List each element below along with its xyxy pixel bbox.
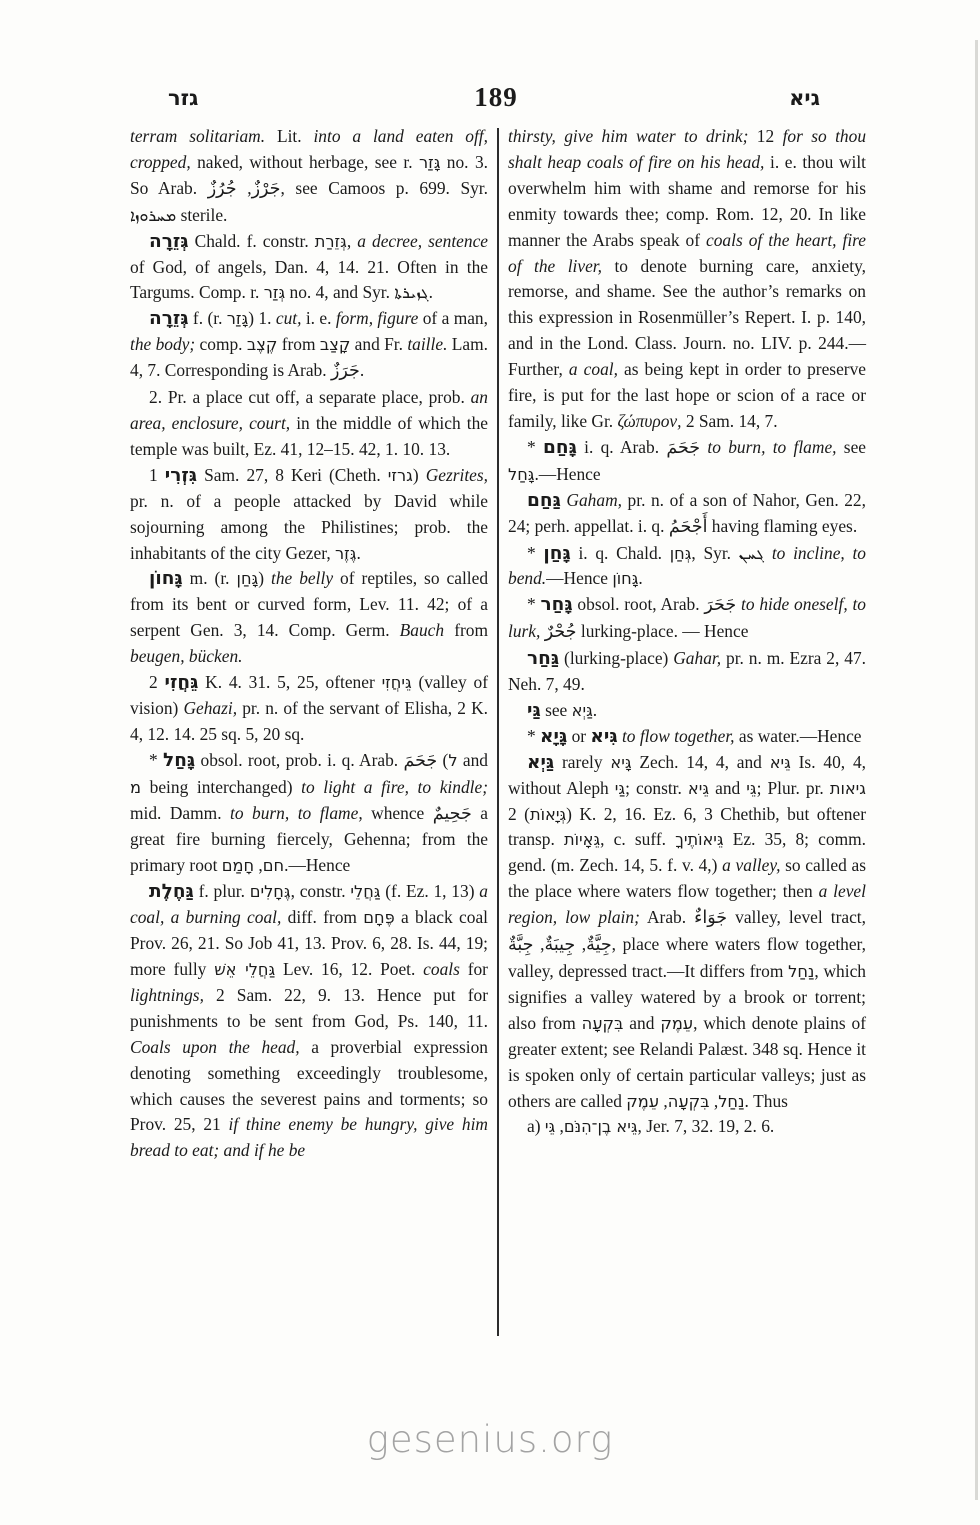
hebrew-text: גְּיָאוֹת (530, 805, 566, 824)
roman-text: .—Hence (284, 855, 350, 875)
roman-text: * (527, 594, 541, 614)
roman-text: i. q. Arab. (577, 437, 667, 457)
roman-text: of a man, (418, 308, 488, 328)
roman-text: and (709, 778, 746, 798)
roman-text: . Thus (744, 1091, 787, 1111)
dictionary-paragraph: * גָּיָא or גִּיא to flow together, as w… (508, 724, 866, 750)
italic-text: a coal, (569, 359, 618, 379)
hebrew-headword: גָּחַר (541, 594, 573, 615)
left-column: terram solitariam. Lit. into a land eate… (130, 124, 488, 1164)
arabic-text: جَحِيمٌ (433, 804, 472, 824)
dictionary-paragraph: a) גֵּיא בֶן־הִנֹּם, גֵּי, Jer. 7, 32. 1… (508, 1114, 866, 1140)
arabic-text: جَحَرَ (704, 595, 736, 615)
roman-text: f. (r. (189, 308, 227, 328)
header-keyword-right: גיא (789, 86, 820, 110)
dictionary-paragraph: thirsty, give him water to drink; 12 for… (508, 124, 866, 435)
hebrew-headword: גַּי (527, 700, 541, 721)
scanned-lexicon-page: גזר 189 גיא terram solitariam. Lit. into… (0, 0, 980, 1525)
italic-text: the belly (271, 568, 333, 588)
hebrew-headword: גָּיָא (540, 726, 567, 747)
hebrew-text: גָּזַר (227, 309, 248, 328)
roman-text: ( (437, 750, 448, 770)
roman-text: i. q. Chald. (571, 543, 670, 563)
roman-text: , constr. (291, 881, 351, 901)
roman-text: * (527, 726, 540, 746)
watermark: gesenius.org (0, 1418, 980, 1461)
italic-text: to burn, to flame, (707, 437, 836, 457)
hebrew-text: גָּזַר (419, 153, 440, 172)
italic-text: to burn, to flame, (230, 803, 363, 823)
roman-text: Arab. (640, 907, 694, 927)
italic-text: cut, (276, 308, 302, 328)
roman-text: pr. n. of a people attacked by David whi… (130, 491, 488, 563)
roman-text: 12 (748, 126, 782, 146)
roman-text: m. (r. (183, 568, 237, 588)
hebrew-headword: גָּחַל (163, 750, 195, 771)
dictionary-paragraph: * גָּחַל obsol. root, prob. i. q. Arab. … (130, 748, 488, 880)
hebrew-text: חָמַם (222, 856, 254, 875)
hebrew-text: גָּחַל (508, 465, 534, 484)
dictionary-paragraph: גֵּחֲזִי 2 K. 4. 31. 5, 25, oftener גֵּי… (130, 670, 488, 748)
arabic-text: جِيبَةٌ (544, 935, 575, 955)
roman-text: f. plur. (194, 881, 250, 901)
dictionary-paragraph: גַּחַר (lurking-place) Gahar, pr. n. m. … (508, 646, 866, 698)
roman-text: and (623, 1013, 660, 1033)
hebrew-text: גֶּחָלִים (250, 882, 291, 901)
arabic-text: جَحَمَ (666, 438, 700, 458)
arabic-text: جَحَمَ (403, 751, 437, 771)
arabic-text: جِبَّةٌ (508, 935, 533, 955)
hebrew-text: גְּזֵרַת (315, 232, 347, 251)
roman-text: , (575, 934, 586, 954)
syriac-text: ܡܚܪܘܙܐ (130, 206, 176, 225)
hebrew-text: עֵמֶק (626, 1092, 659, 1111)
hebrew-text: גֵּיא בֶן־הִנֹּם (564, 1117, 638, 1136)
roman-text: * (527, 437, 543, 457)
roman-text: 2 Sam. 14, 7. (681, 411, 777, 431)
syriac-text: ܓܙܝܪܬܐ (394, 283, 428, 302)
roman-text: , Jer. 7, 32. 19, 2. 6. (638, 1116, 775, 1136)
dictionary-paragraph: גַּיְא rarely גָּיא Zech. 14, 4, and גֵּ… (508, 750, 866, 1115)
hebrew-text: גרזי (388, 466, 413, 485)
italic-text: a decree, sentence (357, 231, 488, 251)
arabic-text: جُحْرٌ (545, 622, 577, 642)
roman-text: . (356, 543, 360, 563)
dictionary-paragraph: גָּחוֹן m. (r. גָּחַן) the belly of rept… (130, 566, 488, 670)
roman-text: , Syr. (691, 543, 738, 563)
hebrew-text: גֵּיאוֹתֶיךָ (675, 830, 723, 849)
roman-text: rarely (554, 752, 610, 772)
hebrew-text: עֵמֶק (660, 1014, 693, 1033)
italic-text: lightnings, (130, 985, 204, 1005)
italic-text: thirsty, give him water to drink; (508, 126, 748, 146)
hebrew-text: גֵּיא (770, 753, 791, 772)
roman-text: see (541, 700, 572, 720)
arabic-text: جِيَّةٌ (586, 935, 611, 955)
hebrew-text: קָצַב (320, 335, 350, 354)
roman-text: , (237, 178, 252, 198)
hebrew-text: גֵּיחֲזִי (382, 673, 412, 692)
dictionary-paragraph: גִּזְרִי 1 Sam. 27, 8 Keri (Cheth. גרזי)… (130, 463, 488, 567)
roman-text: or (567, 726, 590, 746)
roman-text: Lit. (265, 126, 313, 146)
roman-text: ) (258, 568, 271, 588)
roman-text: * (149, 750, 163, 770)
roman-text: ) (413, 465, 426, 485)
right-column: thirsty, give him water to drink; 12 for… (508, 124, 866, 1164)
hebrew-text: גֶּזֶר (335, 544, 356, 563)
italic-text: Gezrites, (426, 465, 488, 485)
italic-text: to light a fire, to kindle; (301, 777, 488, 797)
text-body: terram solitariam. Lit. into a land eate… (130, 124, 866, 1164)
arabic-text: جُرُزٌ (208, 179, 237, 199)
hebrew-text: נַחַל (788, 962, 814, 981)
italic-text: Gehazi, (183, 698, 237, 718)
italic-text: a valley, (722, 855, 780, 875)
roman-text: a) (527, 1116, 545, 1136)
italic-text: to flow together, (622, 726, 735, 746)
running-header: גזר 189 גיא (130, 82, 862, 116)
roman-text: i. e. (301, 308, 335, 328)
roman-text: Lev. 16, 12. Poet. (275, 959, 423, 979)
italic-text: beugen, bücken. (130, 646, 243, 666)
roman-text: . (360, 360, 364, 380)
hebrew-text: גַּי (615, 779, 625, 798)
roman-text: and Fr. (350, 334, 407, 354)
hebrew-text: גָּחַן (237, 569, 259, 588)
roman-text: and (458, 750, 488, 770)
roman-text (764, 543, 772, 563)
hebrew-text: גֵּאָיוֹת (564, 830, 600, 849)
hebrew-headword: גַּיְא (527, 752, 554, 773)
hebrew-text: ל (448, 751, 457, 770)
roman-text: mid. Damm. (130, 803, 230, 823)
roman-text: from (444, 620, 488, 640)
roman-text: . (429, 282, 433, 302)
hebrew-headword: גְּזֵרָה (149, 231, 189, 252)
roman-text: , (710, 1091, 719, 1111)
roman-text: obsol. root, prob. i. q. Arab. (195, 750, 403, 770)
italic-text: form, figure (336, 308, 418, 328)
hebrew-text: גַּחֲלֵי (350, 882, 380, 901)
dictionary-paragraph: גְּזֵרָה f. (r. גָּזַר) 1. cut, i. e. fo… (130, 306, 488, 385)
italic-text: coals (423, 959, 460, 979)
dictionary-paragraph: גְּזֵרָה Chald. f. constr. גְּזֵרַת, a d… (130, 229, 488, 307)
hebrew-text: פֶּחָם (363, 908, 394, 927)
hebrew-text: גְּחַן (670, 544, 692, 563)
roman-text: , (533, 934, 544, 954)
hebrew-headword: גָּחוֹן (149, 568, 183, 589)
roman-text: ; Plur. pr. (757, 778, 830, 798)
roman-text: comp. (195, 334, 247, 354)
syriac-text: ܓܚܢ (739, 544, 764, 563)
arabic-text: جَرَزٌ (331, 361, 360, 381)
roman-text: ) 1. (248, 308, 276, 328)
roman-text: (lurking-place) (559, 648, 673, 668)
roman-text: , c. suff. (600, 829, 675, 849)
italic-text: Gaham, (566, 490, 622, 510)
roman-text: no. 4, and Syr. (285, 282, 394, 302)
roman-text: —Hence (546, 568, 612, 588)
roman-text: (f. Ez. 1, 13) (380, 881, 479, 901)
hebrew-headword: גָּחַם (543, 437, 577, 458)
hebrew-headword: גַּחַר (527, 648, 559, 669)
hebrew-headword: גִּיא (590, 726, 617, 747)
roman-text: whence (363, 803, 433, 823)
dictionary-paragraph: 2. Pr. a place cut off, a separate place… (130, 385, 488, 463)
italic-text: the body; (130, 334, 195, 354)
hebrew-text: חם (263, 856, 284, 875)
roman-text: Chald. f. constr. (189, 231, 315, 251)
roman-text: diff. from (281, 907, 363, 927)
roman-text: being interchanged) (141, 777, 301, 797)
hebrew-headword: גֵּחֲזִי (165, 672, 199, 693)
roman-text: Zech. 14, 4, and (632, 752, 770, 772)
dictionary-paragraph: גַּי see גַּיְא. (508, 698, 866, 724)
dictionary-paragraph: * גָּחַם i. q. Arab. جَحَمَ to burn, to … (508, 435, 866, 488)
hebrew-text: קֶצֶב (247, 335, 277, 354)
roman-text: from (277, 334, 320, 354)
scan-edge-artifact (975, 40, 978, 1500)
roman-text: . (593, 700, 597, 720)
hebrew-text: בִּקְעָה (668, 1092, 710, 1111)
roman-text: * (527, 543, 543, 563)
roman-text: , see Camoos p. 699. Syr. (281, 178, 489, 198)
roman-text: ; constr. (625, 778, 688, 798)
dictionary-paragraph: * גָּחַן i. q. Chald. גְּחַן, Syr. ܓܚܢ t… (508, 541, 866, 593)
italic-text: Gahar, (673, 648, 721, 668)
dictionary-paragraph: גַּחֶלֶת f. plur. גֶּחָלִים, constr. גַּ… (130, 879, 488, 1164)
hebrew-text: גַּחֲלֵי אֵשׁ (214, 960, 275, 979)
arabic-text: أَجْحَمُ (669, 517, 708, 537)
roman-text: 2. Pr. a place cut off, a separate place… (149, 387, 471, 407)
roman-text: for (460, 959, 488, 979)
page-number: 189 (130, 82, 862, 113)
roman-text: sterile. (176, 205, 227, 225)
roman-text: lurking-place. — Hence (577, 621, 749, 641)
arabic-text: جَرْزٌ (252, 179, 281, 199)
hebrew-text: גָּיא (610, 753, 631, 772)
roman-text: , (659, 1091, 668, 1111)
hebrew-text: גֵּי (746, 779, 756, 798)
hebrew-text: גַּיְא (572, 701, 593, 720)
hebrew-text: נַחַל (718, 1092, 744, 1111)
roman-text: , (347, 231, 357, 251)
italic-text: terram solitariam. (130, 126, 265, 146)
greek-text: ζώπυρον, (617, 411, 681, 431)
dictionary-paragraph: גַּחַם Gaham, pr. n. of a son of Nahor, … (508, 488, 866, 541)
roman-text: , (254, 855, 263, 875)
italic-text: Bauch (400, 620, 444, 640)
hebrew-text: בִּקְעָה (582, 1014, 624, 1033)
roman-text: obsol. root, Arab. (573, 594, 705, 614)
roman-text: having flaming eyes. (707, 516, 857, 536)
hebrew-text: מ (130, 778, 141, 797)
roman-text: as water.—Hence (735, 726, 862, 746)
italic-text: taille. (407, 334, 447, 354)
arabic-text: جَوَاءٌ (694, 908, 727, 928)
hebrew-text: גיאות (830, 779, 866, 798)
roman-text: valley, level tract, (727, 907, 866, 927)
roman-text: .—Hence (534, 464, 600, 484)
dictionary-paragraph: * גָּחַר obsol. root, Arab. جَحَرَ to hi… (508, 592, 866, 646)
dictionary-paragraph: terram solitariam. Lit. into a land eate… (130, 124, 488, 229)
hebrew-headword: גָּחַן (543, 543, 570, 564)
hebrew-headword: גִּזְרִי (165, 465, 197, 486)
roman-text: , (555, 1116, 564, 1136)
hebrew-headword: גַּחַם (527, 490, 561, 511)
hebrew-text: גֵּי (545, 1117, 555, 1136)
hebrew-text: גָּחוֹן (612, 569, 638, 588)
hebrew-headword: גְּזֵרָה (149, 308, 189, 329)
hebrew-text: גְּזַר (264, 283, 285, 302)
hebrew-headword: גַּחֶלֶת (149, 881, 194, 902)
roman-text: . (638, 568, 642, 588)
roman-text: see (837, 437, 867, 457)
roman-text: naked, without herbage, see r. (191, 152, 419, 172)
hebrew-text: גֵּיא (688, 779, 709, 798)
italic-text: Coals upon the head, (130, 1037, 300, 1057)
